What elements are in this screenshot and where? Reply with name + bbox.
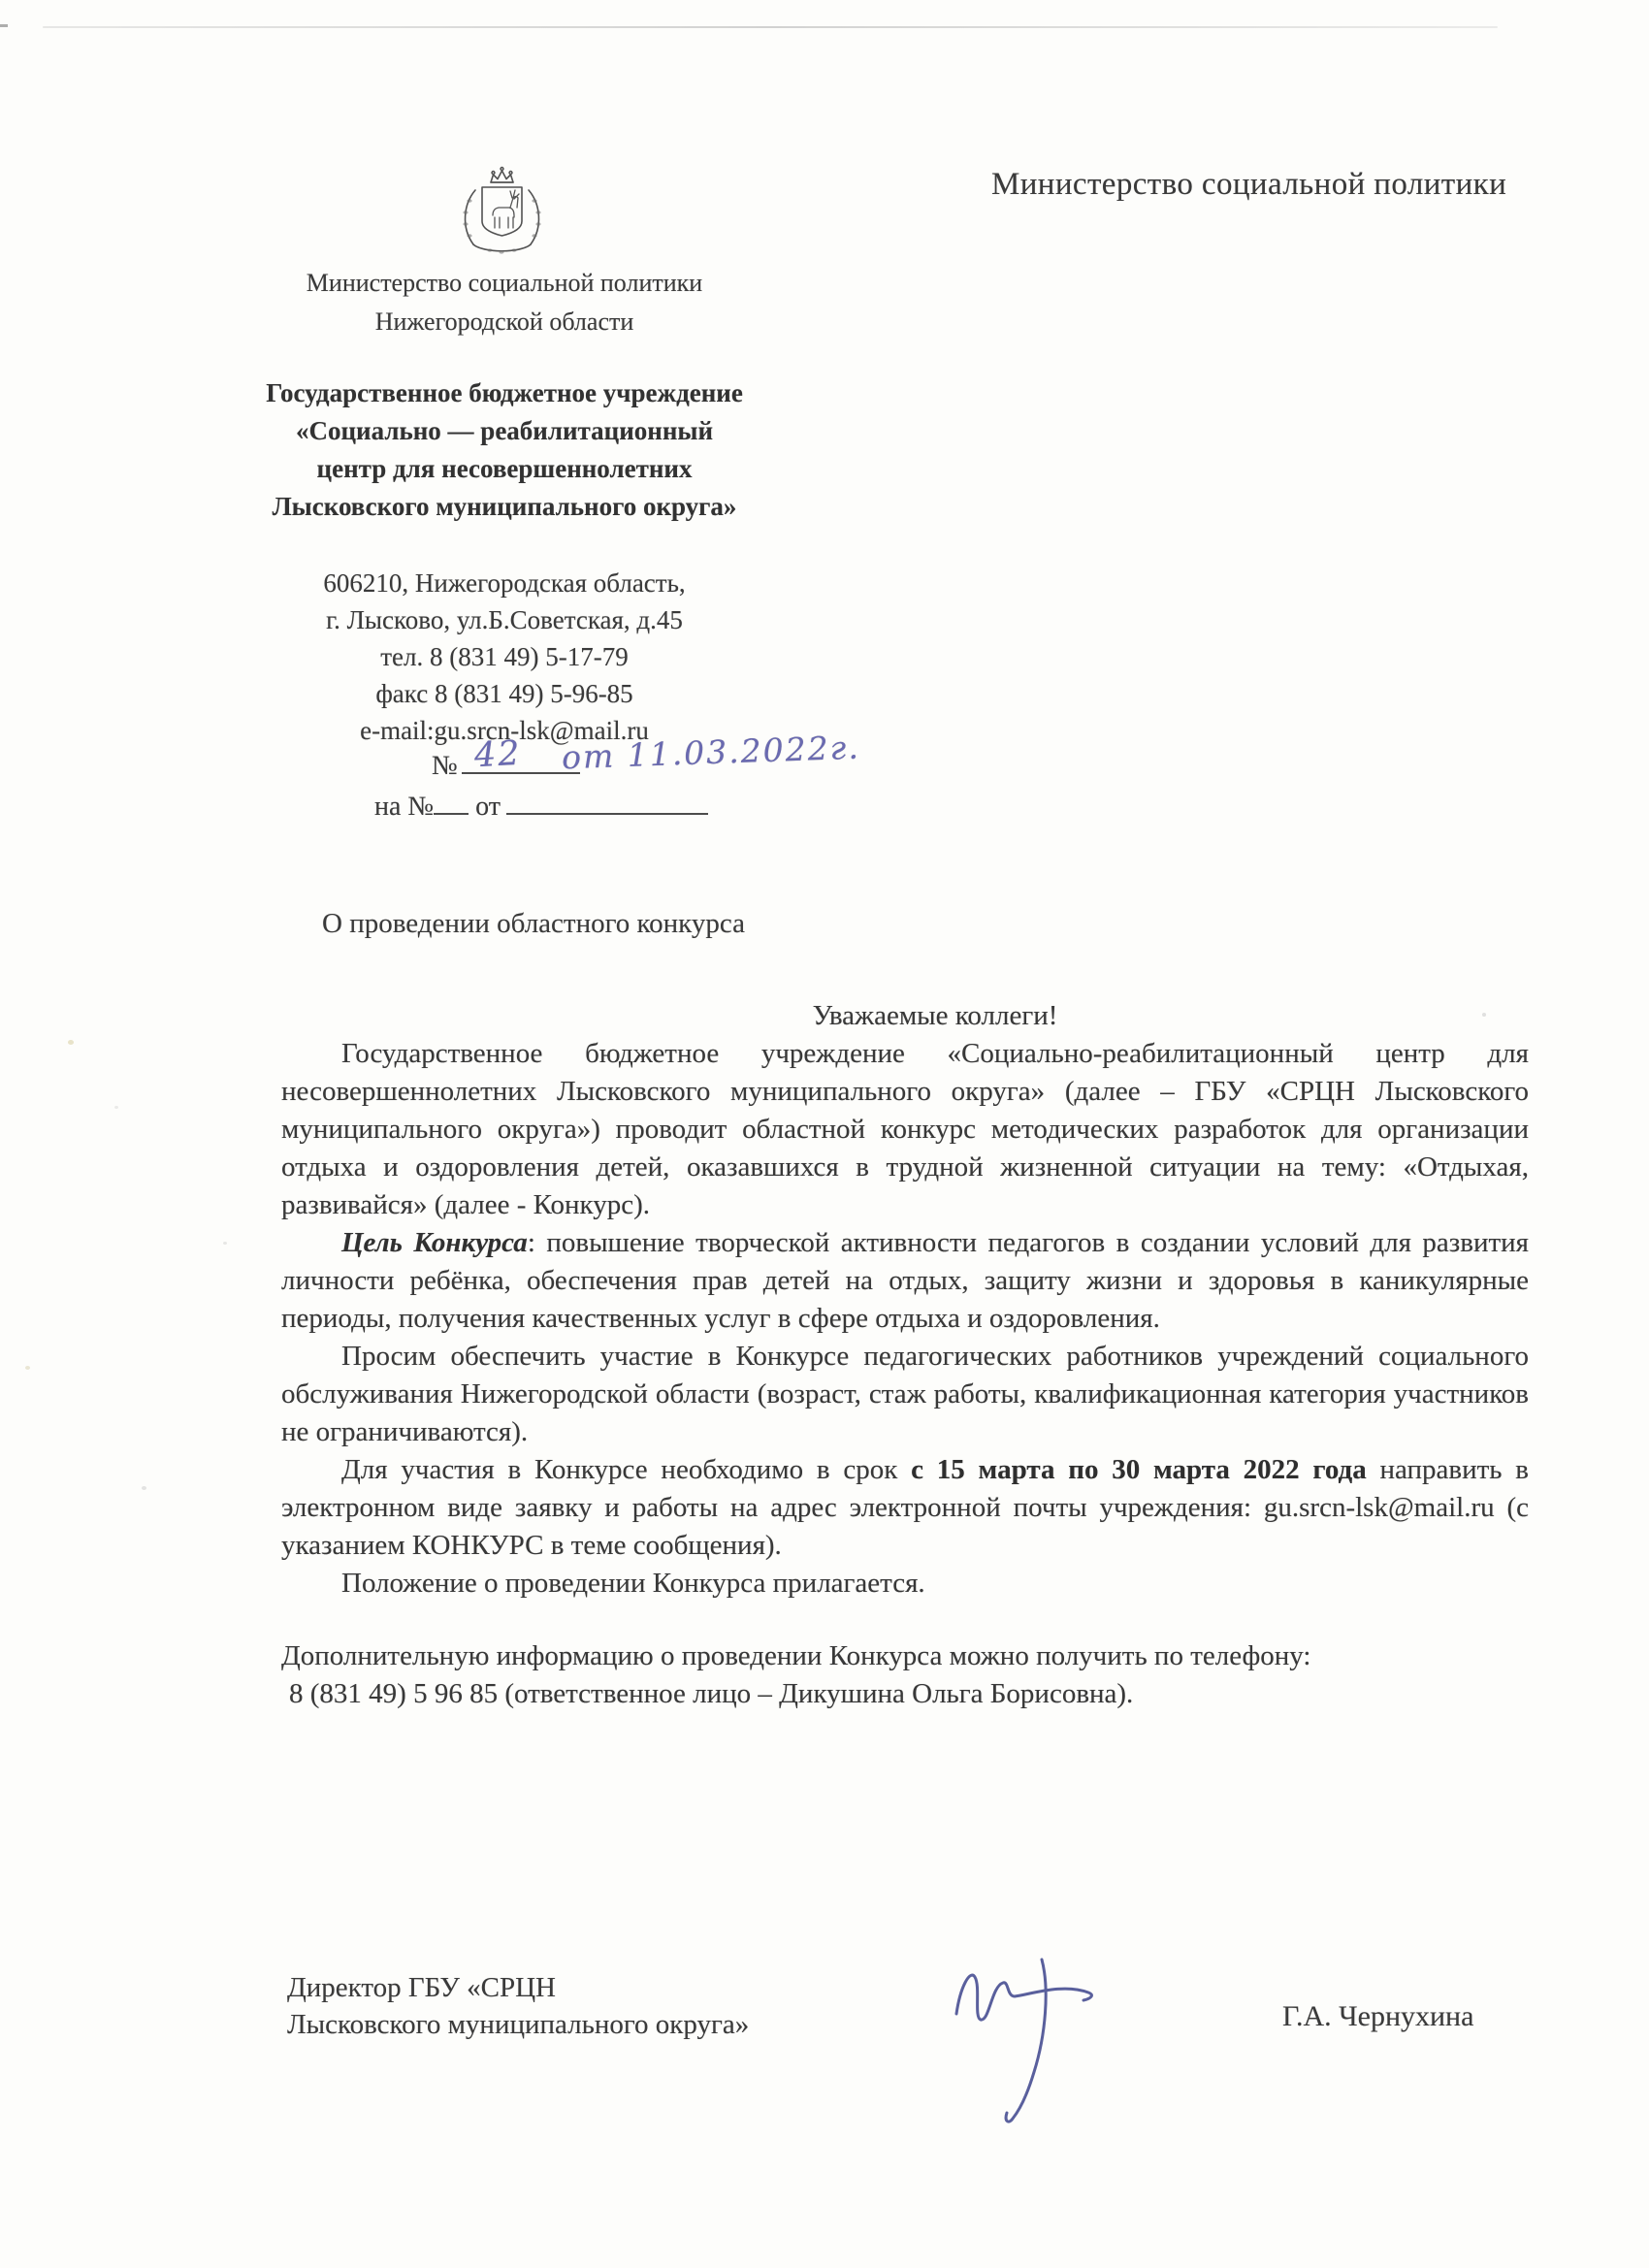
scan-artifact-dash (0, 24, 8, 27)
scan-speckle (142, 1486, 146, 1490)
ministry-line: Нижегородской области (213, 303, 795, 341)
org-name-line: Государственное бюджетное учреждение (155, 374, 854, 412)
scan-speckle (25, 1366, 30, 1370)
org-name-line: «Социально — реабилитационный (155, 412, 854, 450)
contact-info-phone: 8 (831 49) 5 96 85 (ответственное лицо –… (281, 1675, 1529, 1713)
letterhead-organization-name: Государственное бюджетное учреждение «Со… (155, 374, 854, 526)
phone-line: тел. 8 (831 49) 5-17-79 (213, 638, 795, 675)
paragraph-request: Просим обеспечить участие в Конкурсе пед… (281, 1338, 1529, 1451)
contact-info-block: Дополнительную информацию о проведении К… (281, 1637, 1529, 1713)
address-line: 606210, Нижегородская область, (213, 565, 795, 601)
scan-artifact-line (43, 26, 1498, 28)
scanned-letter-page: { "recipient": { "title": "Министерство … (0, 0, 1649, 2268)
scan-speckle (114, 1106, 118, 1109)
subject-line: О проведении областного конкурса (322, 908, 745, 940)
contact-info-line: Дополнительную информацию о проведении К… (281, 1637, 1529, 1675)
reference-number-line: на № от (374, 788, 708, 823)
paragraph-goal: Цель Конкурса: повышение творческой акти… (281, 1224, 1529, 1338)
signatory-position-line: Директор ГБУ «СРЦН (287, 1969, 749, 2006)
org-name-line: Лысковского муниципального округа» (155, 488, 854, 526)
handwritten-number: 42 (473, 734, 523, 775)
signatory-position-line: Лысковского муниципального округа» (287, 2006, 749, 2043)
signatory-position: Директор ГБУ «СРЦН Лысковского муниципал… (287, 1969, 749, 2043)
outgoing-number-line: № 42 от 11.03.2022г. (432, 747, 580, 782)
reference-prefix: на № (374, 792, 434, 822)
address-line: г. Лысково, ул.Б.Советская, д.45 (213, 601, 795, 638)
deadline-dates-bold: с 15 марта по 30 марта 2022 года (911, 1454, 1367, 1485)
coat-of-arms-icon (446, 161, 558, 261)
letterhead-contact-block: 606210, Нижегородская область, г. Лысков… (213, 565, 795, 749)
goal-lead-bold: Цель Конкурса (341, 1227, 528, 1258)
signatory-name: Г.А. Чернухина (1282, 2000, 1473, 2033)
handwritten-signature (949, 1954, 1104, 2135)
greeting: Уважаемые коллеги! (281, 997, 1529, 1035)
reference-ot: от (475, 792, 501, 822)
reference-underline-short (434, 788, 469, 815)
number-sign: № (432, 751, 458, 781)
org-name-line: центр для несовершеннолетних (155, 450, 854, 488)
paragraph-intro: Государственное бюджетное учреждение «Со… (281, 1035, 1529, 1224)
scan-speckle (223, 1242, 227, 1245)
scan-speckle (68, 1040, 74, 1045)
letterhead-ministry-name: Министерство социальной политики Нижегор… (213, 264, 795, 341)
ministry-line: Министерство социальной политики (213, 264, 795, 303)
paragraph-attachment: Положение о проведении Конкурса прилагае… (281, 1565, 1529, 1603)
recipient-title: Министерство социальной политики (991, 167, 1506, 203)
paragraph-deadline: Для участия в Конкурсе необходимо в срок… (281, 1451, 1529, 1565)
fax-line: факс 8 (831 49) 5-96-85 (213, 675, 795, 712)
reference-underline-long (506, 788, 708, 815)
deadline-pre: Для участия в Конкурсе необходимо в срок (341, 1454, 911, 1485)
letter-body: Уважаемые коллеги! Государственное бюдже… (281, 997, 1529, 1713)
